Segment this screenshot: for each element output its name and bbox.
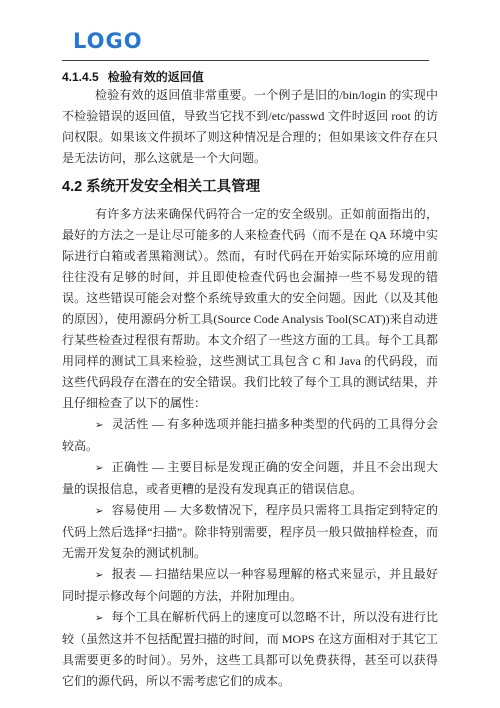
section-title: 系统开发安全相关工具管理 [86,179,260,195]
header-divider [62,60,429,61]
bullet-arrow-icon: ➢ [95,570,103,581]
section-heading-4-2: 4.2系统开发安全相关工具管理 [62,177,438,197]
document-page: LOGO 4.1.4.5检验有效的返回值 检验有效的返回值非常重要。一个例子是旧… [0,0,500,708]
bullet-text: 容易使用 — 大多数情况下，程序员只需将工具指定到特定的代码上然后选择“扫描”。… [62,503,438,560]
section-number: 4.2 [62,179,82,195]
bullet-item-correctness: ➢正确性 — 主要目标是发现正确的安全问题，并且不会出现大量的误报信息，或者更糟… [62,457,438,500]
section-title: 检验有效的返回值 [108,70,204,84]
paragraph-tools-intro: 有许多方法来确保代码符合一定的安全级别。正如前面指出的，最好的方法之一是让尽可能… [62,204,438,414]
paragraph-return-value: 检验有效的返回值非常重要。一个例子是旧的/bin/login 的实现中不检验错误… [62,85,438,169]
bullet-text: 正确性 — 主要目标是发现正确的安全问题，并且不会出现大量的误报信息，或者更糟的… [62,460,438,496]
bullet-text: 每个工具在解析代码上的速度可以忽略不计，所以没有进行比较（虽然这并不包括配置扫描… [62,610,438,688]
bullet-arrow-icon: ➢ [95,506,103,517]
bullet-item-speed-cost: ➢每个工具在解析代码上的速度可以忽略不计，所以没有进行比较（虽然这并不包括配置扫… [62,607,438,692]
bullet-text: 灵活性 — 有多种选项并能扫描多种类型的代码的工具得分会较高。 [62,417,438,453]
logo: LOGO [73,31,438,52]
bullet-text: 报表 — 扫描结果应以一种容易理解的格式来显示，并且最好同时提示修改每个问题的方… [62,567,438,603]
bullet-item-reporting: ➢报表 — 扫描结果应以一种容易理解的格式来显示，并且最好同时提示修改每个问题的… [62,564,438,607]
bullet-arrow-icon: ➢ [95,420,103,431]
bullet-item-ease-of-use: ➢容易使用 — 大多数情况下，程序员只需将工具指定到特定的代码上然后选择“扫描”… [62,500,438,564]
section-heading-4-1-4-5: 4.1.4.5检验有效的返回值 [62,69,438,85]
section-number: 4.1.4.5 [62,70,99,84]
bullet-arrow-icon: ➢ [95,463,103,474]
bullet-item-flexibility: ➢灵活性 — 有多种选项并能扫描多种类型的代码的工具得分会较高。 [62,414,438,457]
bullet-arrow-icon: ➢ [95,613,103,624]
